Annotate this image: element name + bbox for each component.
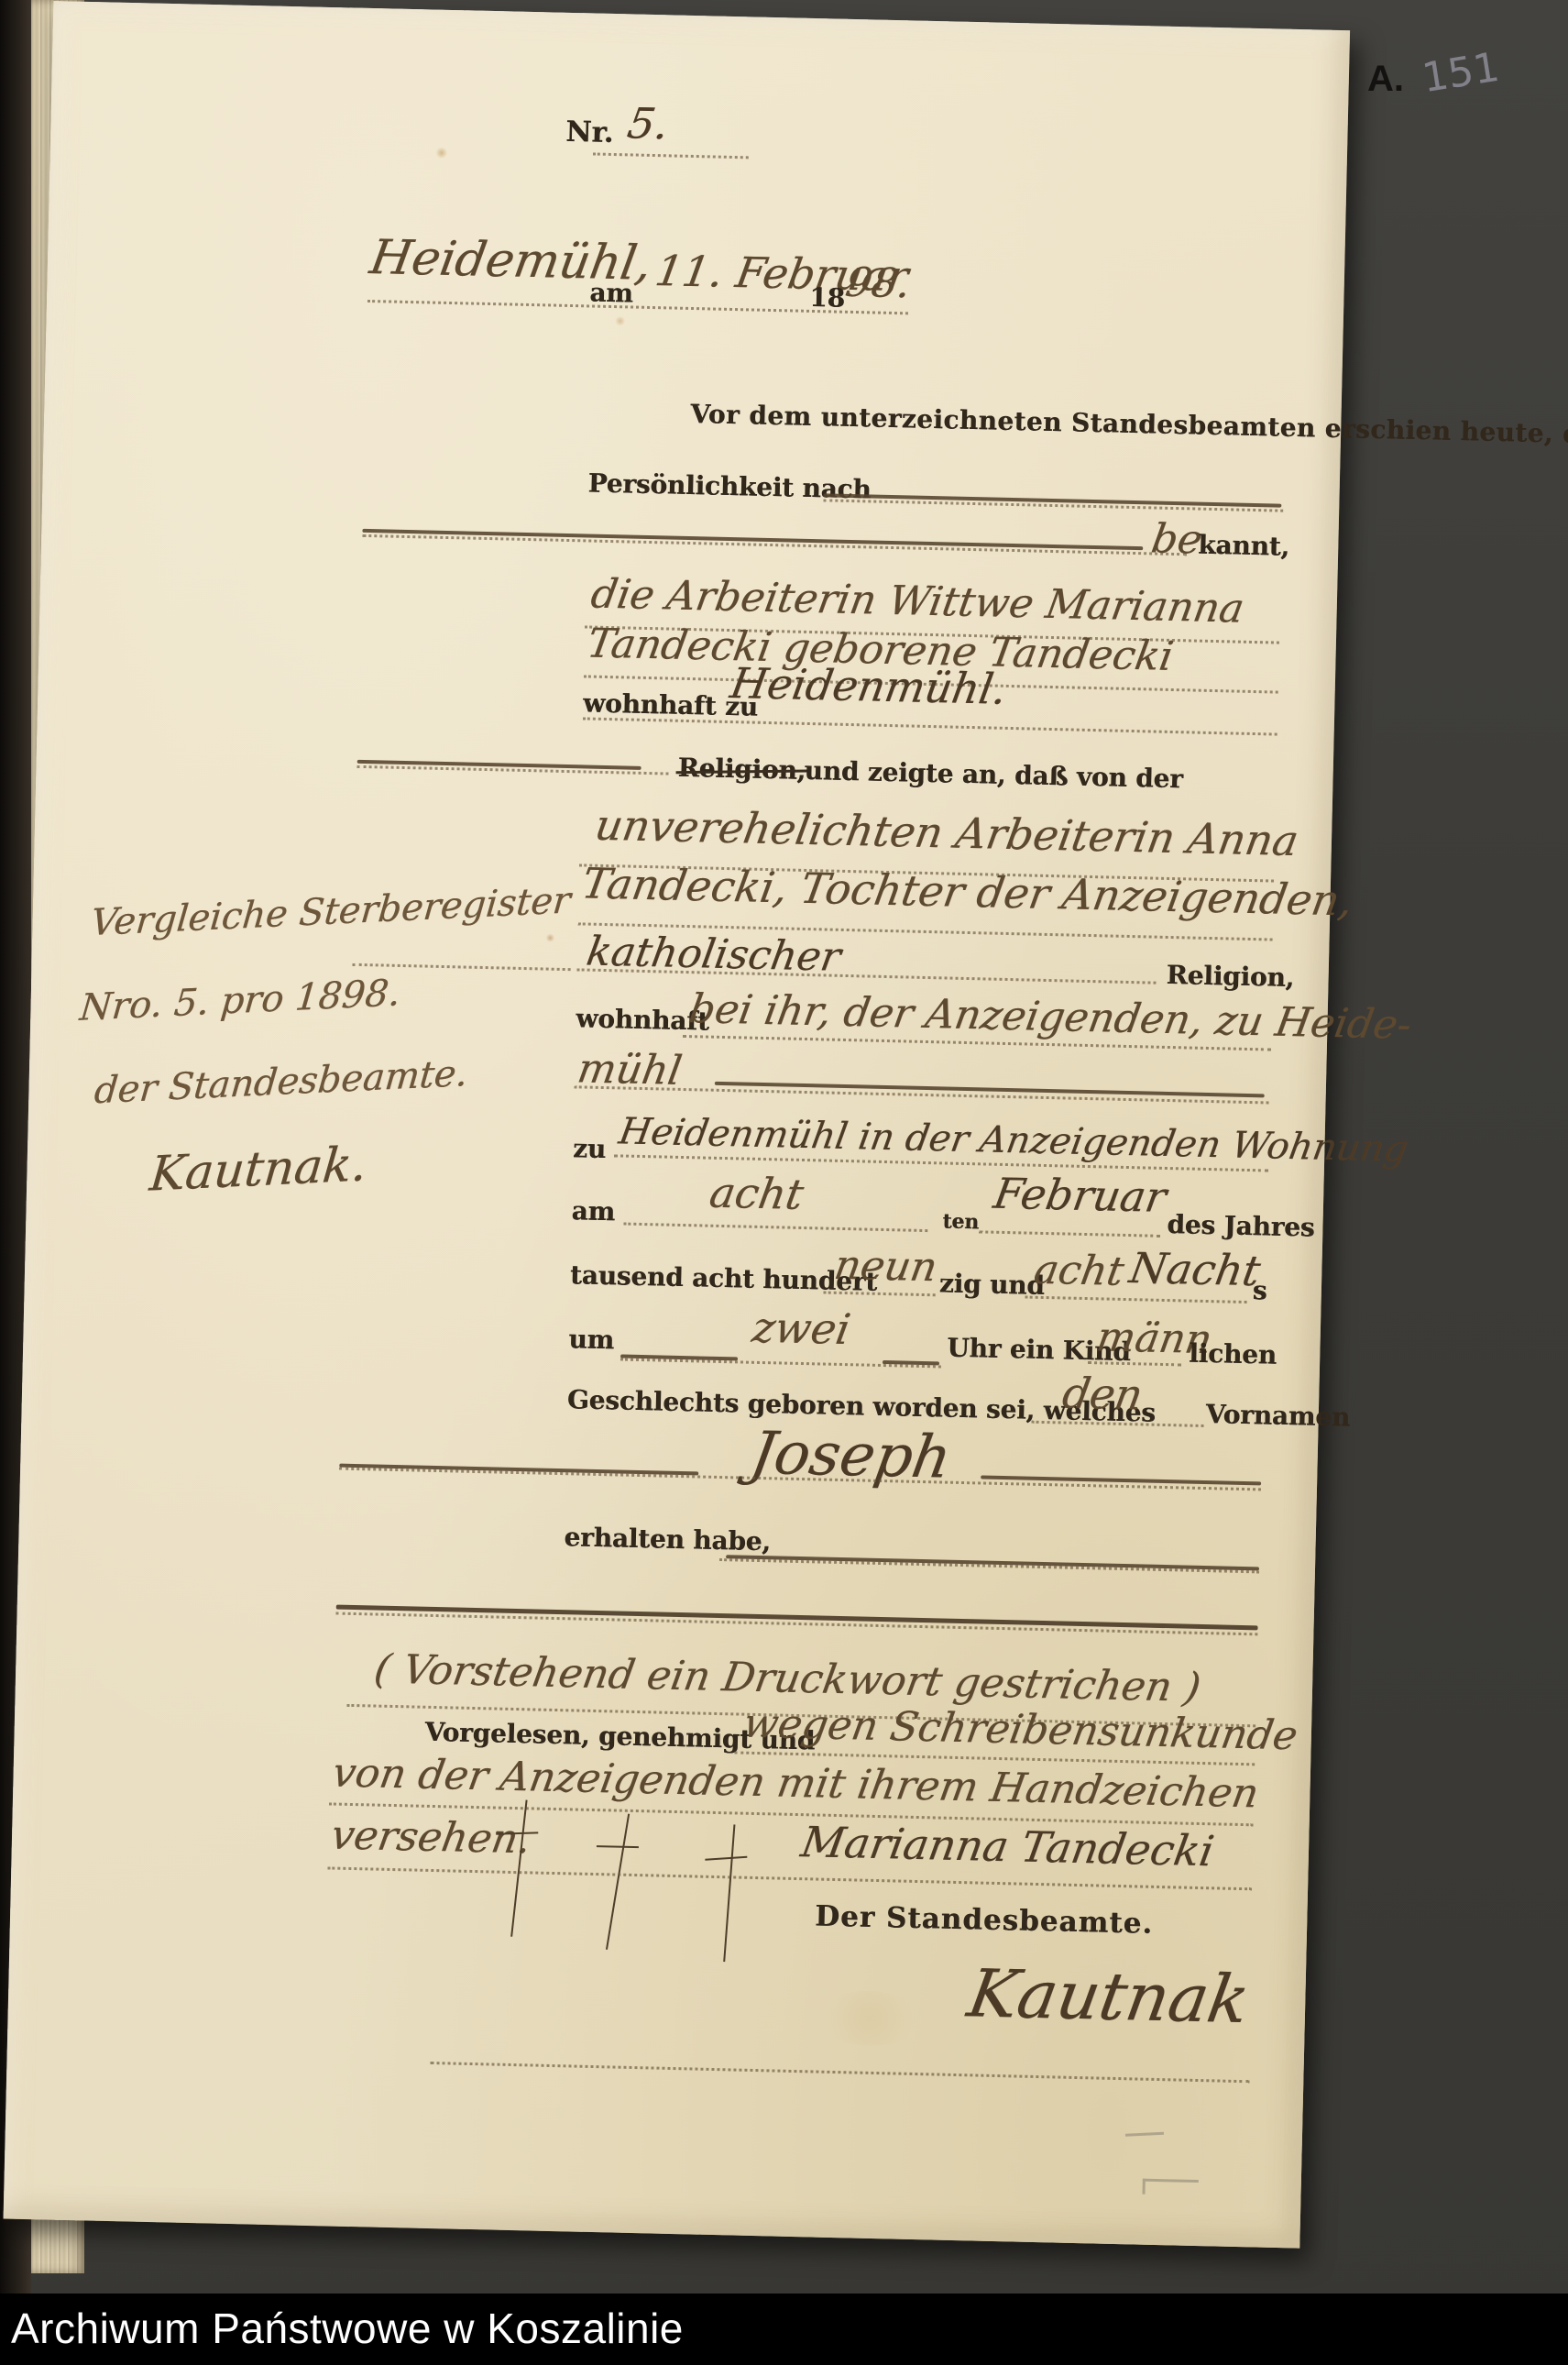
paper-stain [545,934,554,942]
s-label: s [1253,1275,1267,1305]
archive-letter-stamp: A. [1367,59,1404,100]
archive-page-number: 151 [1420,44,1503,103]
month-written: Februar [991,1169,1170,1222]
decade-written: neun [831,1242,940,1291]
paper-stain [615,316,626,325]
religion-label: Religion, [1166,960,1294,993]
unit-written: acht [1031,1247,1127,1295]
handzeichen-cross [705,1824,749,1963]
um-label: um [568,1324,614,1355]
religion-struck: Religion, [677,753,806,786]
bekannt-written: be [1148,516,1206,564]
mother-line1: unverehelichten Arbeiterin Anna [592,800,1302,865]
den-written: den [1059,1369,1146,1420]
record-number-label: Nr. [565,115,614,149]
year-prefix: 18 [809,282,845,313]
paper-stain [435,148,448,159]
fill-line [1025,1296,1247,1303]
vornamen-label: Vornamen [1205,1399,1350,1433]
pencil-mark [1142,2179,1198,2195]
margin-note-line2: Nro. 5. pro 1898. [78,972,402,1029]
intro-text: Vor dem unterzeichneten Standesbeamten e… [690,399,1568,450]
closing-written1: wegen Schreibensunkunde [740,1700,1300,1760]
pencil-mark [1125,2132,1164,2137]
day-written: acht [707,1168,807,1219]
zeigte-an-text: und zeigte an, daß von der [804,755,1183,794]
record-number-value: 5. [624,98,673,148]
fill-line [623,1223,927,1233]
margin-note-line3: der Standesbeamte. [93,1052,469,1112]
fill-line [583,717,1277,735]
registrar-signature: Kautnak [962,1954,1255,2038]
zu-label: zu [573,1133,607,1164]
daytime-written: Nacht [1126,1243,1264,1295]
birthplace-written: Heidenmühl in der Anzeigenden Wohnung [616,1111,1410,1171]
handzeichen-cross [589,1811,641,1952]
margin-note-line1: Vergleiche Sterberegister [89,879,572,944]
archive-name: Archiwum Państwowe w Koszalinie [11,2304,684,2353]
paper-stain [814,1990,925,2048]
am2-label: am [571,1195,615,1226]
lichen-label: lichen [1189,1338,1277,1370]
am-label: am [589,277,633,308]
fill-line [431,2062,1250,2083]
ten-label: ten [942,1209,979,1234]
margin-note-signature: Kautnak. [148,1137,369,1202]
fill-line [593,152,749,159]
declarant-signature: Marianna Tandecki [798,1817,1218,1875]
residence-written: Heidenmühl. [727,658,1010,714]
mother-line2: Tandecki, Tochter der Anzeigenden, [578,859,1356,926]
year-written: 98. [842,259,914,307]
registry-form-page: Nr. 5. Heidemühl, am 11. Februar 18 98. … [4,1,1351,2248]
bekannt-printed: kannt, [1198,530,1289,562]
hour-written: zwei [749,1303,853,1354]
handzeichen-cross [494,1799,539,1938]
fill-line [353,963,571,971]
des-jahres-label: des Jahres [1167,1209,1315,1243]
fill-line [979,1230,1160,1237]
erhalten-label: erhalten habe, [564,1522,771,1556]
registrar-label: Der Standesbeamte. [815,1899,1154,1940]
archive-footer-bar: Archiwum Państwowe w Koszalinie [0,2293,1568,2365]
